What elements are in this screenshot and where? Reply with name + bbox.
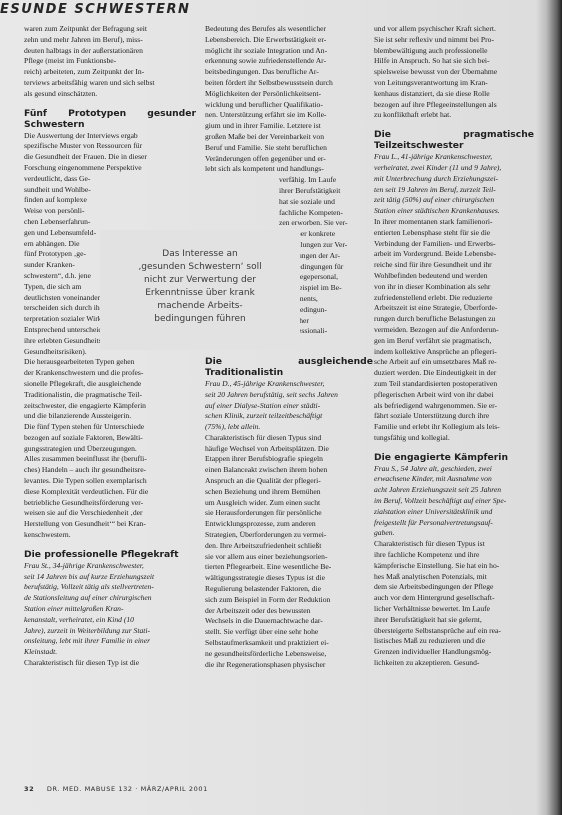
section-heading-engagierte-kaempferin: Die engagierte Kämpferin [374,452,534,463]
text-line: der Krankenschwestern und die profes- [24,368,196,379]
text-line: spielsweise bewusst von der Übernahme [374,67,534,78]
text-line: reich) arbeiteten, zum Zeitpunkt der In- [24,67,196,78]
text-line: beitsbedingungen. Das berufliche Ar- [205,67,373,78]
text-line: Arbeitszeit ist eine Strategie, Überford… [374,303,534,314]
text-line: Bedeutung des Berufes als wesentlicher [205,24,373,35]
text-line: kämpferische Einstellung. Sie hat ein ho… [374,561,534,572]
text-line: chen Lebenserfahrun- [24,217,106,228]
text-line: schen Beziehung und ihrem Bemühen [205,487,373,498]
text-line: ‚gesunden Schwestern‘ soll [108,261,292,274]
text-line: kenschwestern. [24,530,196,541]
text-line: entierten Lebensphase steht für sie die [374,228,534,239]
text-line: Die Auswertung der Interviews ergab [24,131,196,142]
text-line: Regulierung belastender Faktoren, die [205,584,373,595]
text-line: zeitschwester, die engagierte Kämpferin [24,401,196,412]
text-line: Station einer mittelgroßen Kran- [24,604,196,615]
text-line: sie Herausforderungen für persönliche [205,508,373,519]
text-line: gungsstrategien und Überzeugungen. [24,444,196,455]
text-line: lichkeiten zu akzeptieren. Gesund- [374,658,534,669]
text-line: ihrer Berufstätigkeit [279,186,371,197]
text-line: Frau St., 34-jährige Krankenschwester, [24,561,196,572]
text-line: seit 14 Jahren bis auf kurze Erziehungsz… [24,572,196,583]
text-line: Charakteristisch für diesen Typ ist die [24,658,196,669]
text-line: auch vor dem Hintergrund gesellschaft- [374,593,534,604]
section-heading-pragmatische-teilzeitschwester: Die pragmatische Teilzeitschwester [374,129,534,151]
text-line: berufstätig, Vollzeit tätig als stellver… [24,582,196,593]
text-line: vermeiden. Bezogen auf die Anforderun- [374,325,534,336]
typen-paragraph: Die herausgearbeiteten Typen gehender Kr… [24,357,196,541]
text-line: Forschung eingenommene Perspektive [24,163,196,174]
text-line: stellt. Sie verfügt über eine sehr hohe [205,627,373,638]
column2-top-paragraph: Bedeutung des Berufes als wesentlicherLe… [205,24,373,175]
profile-frau-s: Frau S., 54 Jahre alt, geschieden, zweie… [374,464,534,540]
text-line: zu konflikthaft erlebt hat. [374,110,534,121]
text-line: Frau D., 45-jährige Krankenschwester, [205,379,373,390]
text-line: Kleinstadt. [24,647,196,658]
text-line: von Leitungsverantwortung im Kran- [374,78,534,89]
text-line: ches) Handeln – auch ihr gesundheitsre- [24,465,196,476]
text-line: seit 20 Jahren berufstätig, seit sechs J… [205,390,373,401]
text-line: betriebliche Gesundheitsförderung ver- [24,498,196,509]
section-heading-ausgleichende-traditionalistin: Die ausgleichende Traditionalistin [205,356,373,378]
text-line: Etappen ihrer Berufsbiografie spiegeln [205,454,373,465]
prototypen-paragraph-narrow: verdeutlicht, dass Ge-sundheit und Wohlb… [24,174,106,293]
magazine-page: ESUNDE SCHWESTERN waren zum Zeitpunkt de… [0,0,562,815]
text-line: Frau S., 54 Jahre alt, geschieden, zwei [374,464,534,475]
text-line: tungsfähig und kollegial. [374,433,534,444]
text-line: übersteigerte Selbstansprüche auf ein re… [374,626,534,637]
text-line: als befriedigend wahrgenommen. Sie er- [374,401,534,412]
text-line: den. Ihre Arbeitszufriedenheit schließt [205,541,373,552]
text-line: duziert werden. Die Eindeutigkeit in der [374,368,534,379]
text-line: von ihr in dieser Kombination als sehr [374,282,534,293]
text-line: verfähig. Im Laufe [279,175,371,186]
text-line: (75%), lebt allein. [205,422,373,433]
kaempferin-body: Charakteristisch für diesen Typus istihr… [374,539,534,669]
text-line: zen erworben. Sie ver- [279,218,371,229]
text-line: diese Komplexität verdeutlichen. Für die [24,487,196,498]
text-line: wältigungsstrategie dieses Typus ist die [205,573,373,584]
text-line: arbeit im Vordergrund. Beide Lebensbe- [374,249,534,260]
text-line: Grenzen individueller Handlungsmög- [374,647,534,658]
text-line: ten seit 19 Jahren im Beruf, zurzeit Tei… [374,185,534,196]
text-line: Entwicklungsprozesse, zum anderen [205,519,373,530]
text-line: rungen durch berufliche Belastungen zu [374,314,534,325]
text-line: Jahre), zurzeit in Weiterbildung zur Sta… [24,626,196,637]
text-line: erwachsene Kinder, mit Ausnahme von [374,474,534,485]
text-line: weisen sie auf die Verschiedenheit ‚der [24,508,196,519]
text-line: um Ausgleich wider. Zum einen sucht [205,498,373,509]
text-line: hat sie soziale und [279,197,371,208]
text-line: Möglichkeiten der Persönlichkeitsent- [205,89,373,100]
profile-frau-d: Frau D., 45-jährige Krankenschwester,sei… [205,379,373,433]
text-line: häufige Wechsel von Arbeitsplätzen. Die [205,444,373,455]
text-line: Frau L., 41-jährige Krankenschwester, [374,152,534,163]
text-line: wicklung und beruflicher Qualifikatio- [205,100,373,111]
text-line: hes Maß analytischen Potenzials, mit [374,572,534,583]
text-line: ern abhängen. Die [24,239,106,250]
text-line: freigestellt für Personalvertretungsauf- [374,518,534,529]
text-line: listisches Maß zu reduzieren und die [374,636,534,647]
text-line: dem sie Arbeitsbedingungen der Pflege [374,582,534,593]
text-line: Hilfe in Anspruch. So hat sie sich bei- [374,56,534,67]
text-line: sich zum Beispiel in Form der Reduktion [205,595,373,606]
text-line: kenanstalt, verheiratet, ein Kind (10 [24,615,196,626]
text-line: indem kollektive Ansprüche an pflegeri- [374,347,534,358]
text-line: licher Verhältnisse bewertet. Im Laufe [374,604,534,615]
text-line: als gesund einschätzten. [24,89,196,100]
text-line: Familie und erlebt ihr Kollegium als lei… [374,422,534,433]
section-heading-professionelle-pflegekraft: Die professionelle Pflegekraft [24,549,196,560]
text-line: bedingungen führen [108,313,292,326]
text-line: blembewältigung auch professionelle [374,46,534,57]
text-line: gium und in ihrer Familie. Letztere ist [205,121,373,132]
teilzeitschwester-body: In ihrer momentanen stark familienori-en… [374,217,534,444]
page-footer: 32 DR. MED. MABUSE 132 · MÄRZ/APRIL 2001 [24,785,208,793]
text-line: terviews arbeitsfähig waren und sich sel… [24,78,196,89]
text-line: der Arbeitszeit oder des bewussten [205,606,373,617]
text-line: Lebensbereich. Die Erwerbstätigkeit er- [205,35,373,46]
text-line: Herstellung von Gesundheit‘“ bei Kran- [24,519,196,530]
text-line: Veränderungen offen gegenüber und er- [205,154,373,165]
text-line: gen im Beruf verfährt sie pragmatisch, [374,336,534,347]
text-line: acht Jahren Erziehungszeit seit 25 Jahre… [374,485,534,496]
page-number: 32 [24,785,34,793]
text-line: großen Maße bei der Vereinbarkeit von [205,132,373,143]
text-line: Alles zusammen beeinflusst ihr (berufli- [24,454,196,465]
text-line: zialstation einer Universitätsklinik und [374,507,534,518]
text-line: finden auf komplexe [24,195,106,206]
text-line: de Stationsleitung auf einer chirurgisch… [24,593,196,604]
text-line: fachliche Kompeten- [279,208,371,219]
text-line: auf einer Dialyse-Station einer städti- [205,401,373,412]
section-heading-fuenf-prototypen: Fünf Prototypen gesunder Schwestern [24,108,196,130]
publication-info: DR. MED. MABUSE 132 · MÄRZ/APRIL 2001 [47,785,208,793]
text-line: Die herausgearbeiteten Typen gehen [24,357,196,368]
text-line: bezogen auf ihre Pflegeeinstellungen als [374,100,534,111]
text-line: fünf Prototypen ‚ge- [24,249,106,260]
text-line: ne gesundheitsförderliche Lebensweise, [205,649,373,660]
text-line: Beruf und Familie. Sie steht beruflichen [205,143,373,154]
text-line: tierten Pflegearbeit. Eine wesentliche B… [205,562,373,573]
text-line: deuten halbtags in der außerstationären [24,46,196,57]
text-line: möglicht ihr soziale Integration und An- [205,46,373,57]
running-header: ESUNDE SCHWESTERN [0,2,300,20]
text-line: Selbstaufmerksamkeit und praktiziert ei- [205,638,373,649]
text-line: kenhaus distanziert, da sie diese Rolle [374,89,534,100]
binding-shadow [536,0,562,815]
prototypen-paragraph-full: Die Auswertung der Interviews ergabspezi… [24,131,196,174]
text-line: Pflege (meist im Funktionsbe- [24,56,196,67]
text-line: sche Arbeit auf ein umsetzbares Maß re- [374,357,534,368]
text-line: sionelle Pflegekraft, die ausgleichende [24,379,196,390]
profile-frau-st: Frau St., 34-jährige Krankenschwester,se… [24,561,196,658]
column3-top-paragraph: und vor allem psychischer Kraft sichert.… [374,24,534,121]
text-line: nicht zur Verwertung der [108,274,292,287]
text-line: einen Balanceakt zwischen ihrem hohen [205,465,373,476]
text-line: schwestern“, d.h. jene [24,271,106,282]
text-line: sundheit und Wohlbe- [24,185,106,196]
text-line: beiten fördert ihr Selbstbewusstsein dur… [205,78,373,89]
text-line: Sie ist sehr reflexiv und nimmt bei Pro- [374,35,534,46]
text-line: Station einer städtischen Krankenhauses. [374,206,534,217]
text-line: Charakteristisch für diesen Typus ist [374,539,534,550]
text-line: levantes. Die Typen sollen exemplarisch [24,476,196,487]
text-line: machende Arbeits- [108,300,292,313]
text-line: die ihr Regenerationsphasen physischer [205,660,373,671]
text-line: Wohlbefinden bedeutend und werden [374,271,534,282]
pull-quote-text: Das Interesse an‚gesunden Schwestern‘ so… [108,248,292,326]
text-line: die Gesundheit der Frauen. Die in dieser [24,152,196,163]
text-line: onsleitung, lebt mit ihrer Familie in ei… [24,636,196,647]
text-line: verdeutlicht, dass Ge- [24,174,106,185]
text-line: Strategien, Überforderungen zu vermei- [205,530,373,541]
text-line: ihrer Berufstätigkeit hat sie gelernt, [374,615,534,626]
profile-frau-l: Frau L., 41-jährige Krankenschwester,ver… [374,152,534,217]
intro-paragraph: waren zum Zeitpunkt der Befragung seitze… [24,24,196,100]
text-line: waren zum Zeitpunkt der Befragung seit [24,24,196,35]
text-line: spezifische Muster von Ressourcen für [24,141,196,152]
text-line: fährt soziale Unterstützung durch ihre [374,411,534,422]
text-line: zufriedenstellend erlebt. Die reduzierte [374,293,534,304]
text-line: bezogen auf soziale Faktoren, Bewälti- [24,433,196,444]
text-line: Das Interesse an [108,248,292,261]
text-line: im Beruf, Vollzeit beschäftigt auf einer… [374,496,534,507]
text-line: Erkenntnisse über krank [108,287,292,300]
text-line: schen Klinik, zurzeit teilzeitbeschäftig… [205,411,373,422]
text-line: lebt sich als kompetent und handlungs- [205,164,373,175]
professionelle-body: Charakteristisch für diesen Typ ist die [24,658,196,669]
text-line: Typen, die sich am [24,282,106,293]
text-line: ihre fachliche Kompetenz und ihre [374,550,534,561]
traditionalistin-body: Charakteristisch für diesen Typus sindhä… [205,433,373,671]
text-line: Anspruch an die Qualität der pflegeri- [205,476,373,487]
column-3: und vor allem psychischer Kraft sichert.… [374,24,534,669]
text-line: und die bilanzierende Aussteigerin. [24,411,196,422]
text-line: Die fünf Typen stehen für Unterschiede [24,422,196,433]
text-line: mit Unterbrechung durch Erziehungszei- [374,174,534,185]
text-line: erkennung sowie zufriedenstellende Ar- [205,56,373,67]
text-line: gaben. [374,528,534,539]
text-line: sunder Kranken- [24,260,106,271]
text-line: nen. Unterstützung erfährt sie im Kolle- [205,110,373,121]
text-line: Verbindung der Familien- und Erwerbs- [374,239,534,250]
text-line: sie vor allem aus einer beziehungsorien- [205,552,373,563]
text-line: verheiratet, zwei Kinder (11 und 9 Jahre… [374,163,534,174]
text-line: pflegerischen Arbeit wird von ihr dabei [374,390,534,401]
text-line: reiche sind für ihre Gesundheit und ihr [374,260,534,271]
text-line: Traditionalistin, die pragmatische Teil- [24,390,196,401]
text-line: gen und Lebensumfeld- [24,228,106,239]
text-line: zeit tätig (50%) auf einer chirurgischen [374,195,534,206]
text-line: zum Teil standardisierten postoperativen [374,379,534,390]
text-line: und vor allem psychischer Kraft sichert. [374,24,534,35]
text-line: In ihrer momentanen stark familienori- [374,217,534,228]
text-line: zehn und mehr Jahren im Beruf), miss- [24,35,196,46]
pull-quote: Das Interesse an‚gesunden Schwestern‘ so… [100,230,300,350]
text-line: Wechsels in die Dauernachtwache dar- [205,616,373,627]
text-line: Charakteristisch für diesen Typus sind [205,433,373,444]
text-line: Weise von persönli- [24,206,106,217]
